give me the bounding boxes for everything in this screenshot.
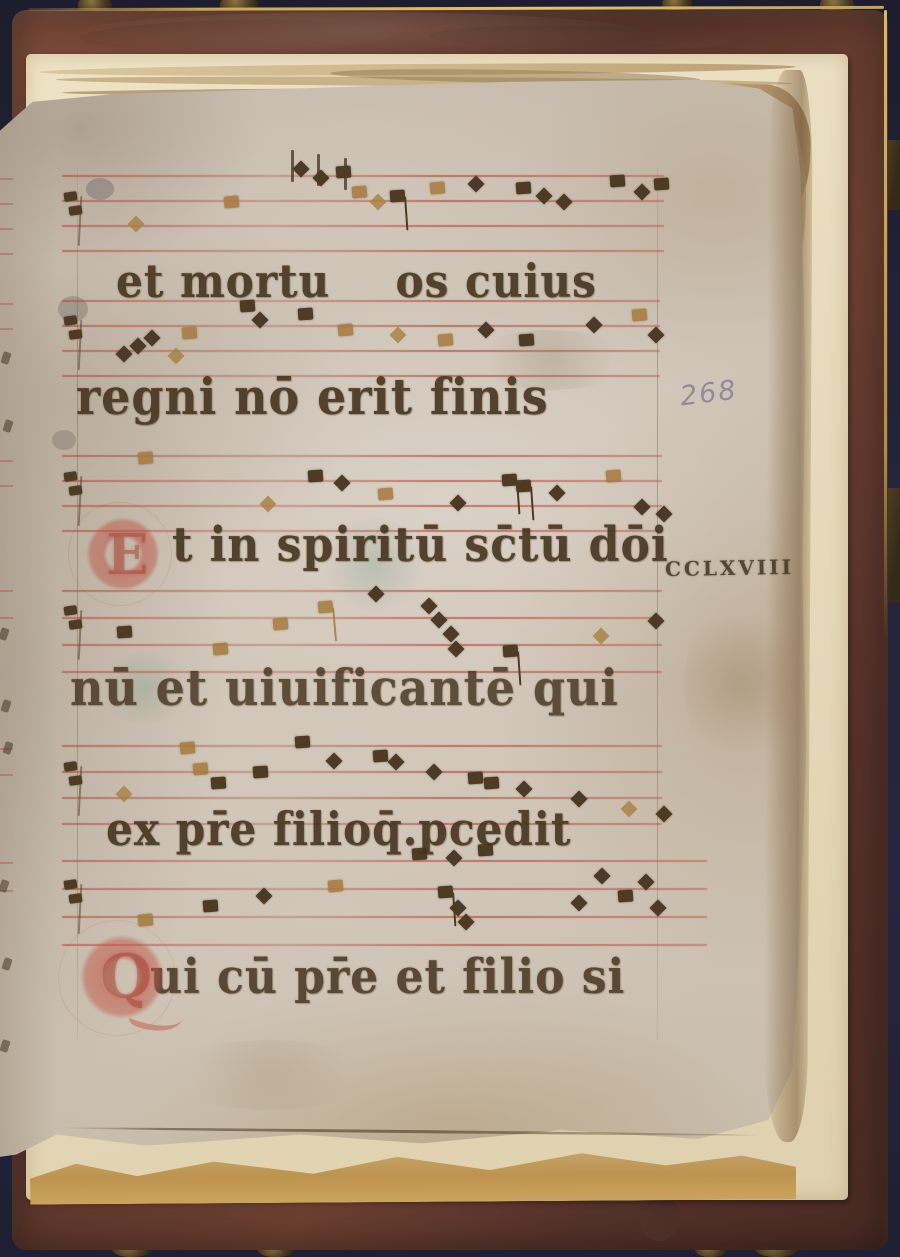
neume-di-icon bbox=[571, 895, 588, 912]
chant-text-line: regni nō erit finis bbox=[76, 372, 549, 422]
clef-stem bbox=[78, 196, 83, 246]
facing-page-staff-fragment bbox=[0, 590, 13, 592]
facing-page-staff-fragment bbox=[0, 460, 13, 462]
neume-sq-icon bbox=[618, 889, 634, 902]
neume-tq-icon bbox=[180, 741, 196, 754]
neume-td-icon bbox=[128, 216, 145, 233]
staff-line bbox=[62, 175, 664, 177]
neume-td-icon bbox=[390, 327, 407, 344]
neume-sq-icon bbox=[253, 765, 269, 778]
staff-line bbox=[62, 505, 662, 507]
neume-sq-icon bbox=[373, 749, 389, 762]
neume-tq-icon bbox=[193, 762, 209, 775]
facing-page-neume-fragment bbox=[2, 419, 13, 433]
facing-page-staff-fragment bbox=[0, 485, 13, 487]
neume-di-icon bbox=[368, 586, 385, 603]
staff-line bbox=[62, 617, 662, 619]
clef-stem bbox=[78, 766, 83, 816]
clef-icon bbox=[64, 316, 84, 372]
facing-page-staff-fragment bbox=[0, 862, 13, 864]
decorated-initial-q: Q bbox=[74, 928, 174, 1038]
neume-di-icon bbox=[144, 330, 161, 347]
neume-di-icon bbox=[426, 764, 443, 781]
staff-line bbox=[62, 200, 664, 202]
neume-sq-icon bbox=[211, 776, 227, 789]
neume-sq-icon bbox=[117, 625, 133, 638]
neume-sq-icon bbox=[519, 333, 535, 346]
staff-line bbox=[62, 888, 707, 890]
music-notation-layer bbox=[0, 0, 900, 1257]
facing-page-neume-fragment bbox=[0, 627, 10, 641]
staff-line bbox=[62, 325, 660, 327]
neume-st-icon bbox=[291, 150, 294, 182]
staff-line bbox=[62, 250, 664, 252]
roman-folio-number: CCLXVIII bbox=[665, 555, 794, 581]
neume-di-icon bbox=[256, 888, 273, 905]
neume-di-icon bbox=[650, 900, 667, 917]
neume-di-icon bbox=[634, 499, 651, 516]
decorated-initial-e: E bbox=[82, 512, 166, 596]
facing-page-neume-fragment bbox=[0, 699, 11, 713]
chant-text-line: nū et uiuificantē qui bbox=[70, 663, 619, 713]
neume-tq-icon bbox=[213, 642, 229, 655]
neume-di-icon bbox=[326, 753, 343, 770]
neume-sq-icon bbox=[298, 307, 314, 320]
neume-sq-icon bbox=[203, 899, 219, 912]
neume-di-icon bbox=[648, 613, 665, 630]
chant-text-line: et mortu os cuius bbox=[116, 258, 597, 304]
initial-letter: Q bbox=[100, 942, 152, 1012]
facing-page-staff-fragment bbox=[0, 178, 13, 180]
facing-page-neume-fragment bbox=[0, 1039, 11, 1053]
neume-tq-icon bbox=[606, 469, 622, 482]
facing-page-staff-fragment bbox=[0, 328, 13, 330]
staff-line bbox=[62, 225, 664, 227]
staff-line bbox=[62, 860, 707, 862]
neume-di-icon bbox=[656, 806, 673, 823]
chant-text-line: t in spiritū sc̄tū dōi bbox=[172, 521, 669, 569]
neume-di-icon bbox=[421, 598, 438, 615]
neume-di-icon bbox=[516, 781, 533, 798]
staff-line bbox=[62, 480, 662, 482]
neume-sq-icon bbox=[610, 174, 626, 187]
neume-di-icon bbox=[450, 495, 467, 512]
neume-di-icon bbox=[431, 612, 448, 629]
neume-vg-icon bbox=[503, 644, 519, 657]
neume-di-icon bbox=[116, 346, 133, 363]
neume-sq-icon bbox=[336, 165, 352, 178]
neume-tq-icon bbox=[632, 308, 648, 321]
neume-di-icon bbox=[586, 317, 603, 334]
neume-di-icon bbox=[634, 184, 651, 201]
neume-tq-icon bbox=[224, 195, 240, 208]
staff-line bbox=[62, 771, 662, 773]
clef-stem bbox=[78, 610, 83, 660]
neume-tvg-icon bbox=[318, 600, 334, 613]
facing-page-staff-fragment bbox=[0, 253, 13, 255]
neume-di-icon bbox=[594, 868, 611, 885]
chant-text-line: ex pr̄e filioq̄.pcedit bbox=[106, 806, 571, 852]
neume-vg-icon bbox=[438, 885, 454, 898]
neume-tq-icon bbox=[182, 326, 198, 339]
neume-sq-icon bbox=[468, 771, 484, 784]
neume-vg-icon bbox=[390, 189, 406, 202]
staff-line bbox=[62, 350, 660, 352]
neume-td-icon bbox=[116, 786, 133, 803]
neume-di-icon bbox=[571, 791, 588, 808]
facing-page-neume-fragment bbox=[2, 741, 13, 755]
neume-tq-icon bbox=[273, 617, 289, 630]
neume-td-icon bbox=[370, 194, 387, 211]
clef-icon bbox=[64, 762, 84, 818]
neume-td-icon bbox=[593, 628, 610, 645]
neume-sq-icon bbox=[516, 181, 532, 194]
neume-tq-icon bbox=[352, 185, 368, 198]
neume-di-icon bbox=[549, 485, 566, 502]
facing-page-staff-fragment bbox=[0, 203, 13, 205]
facing-page-neume-fragment bbox=[0, 351, 11, 365]
initial-letter: E bbox=[106, 522, 149, 588]
facing-page-staff-fragment bbox=[0, 617, 13, 619]
neume-tq-icon bbox=[338, 323, 354, 336]
chant-text-line: ui cū pr̄e et filio si bbox=[150, 953, 625, 1001]
clef-icon bbox=[64, 606, 84, 662]
neume-di-icon bbox=[556, 194, 573, 211]
neume-di-icon bbox=[443, 626, 460, 643]
facing-page-staff-fragment bbox=[0, 774, 13, 776]
neume-sq-icon bbox=[308, 469, 324, 482]
clef-stem bbox=[78, 320, 83, 370]
clef-icon bbox=[64, 192, 84, 248]
facing-page-staff-fragment bbox=[0, 228, 13, 230]
neume-tq-icon bbox=[378, 487, 394, 500]
neume-tq-icon bbox=[430, 181, 446, 194]
neume-tq-icon bbox=[138, 451, 154, 464]
neume-di-icon bbox=[468, 176, 485, 193]
neume-tq-icon bbox=[328, 879, 344, 892]
neume-td-icon bbox=[621, 801, 638, 818]
staff-line bbox=[62, 745, 662, 747]
neume-di-icon bbox=[648, 327, 665, 344]
neume-di-icon bbox=[334, 475, 351, 492]
manuscript-photo: et mortu os cuius regni nō erit finis t … bbox=[0, 0, 900, 1257]
neume-di-icon bbox=[313, 170, 330, 187]
neume-di-icon bbox=[388, 754, 405, 771]
facing-page-neume-fragment bbox=[1, 957, 12, 971]
neume-td-icon bbox=[260, 496, 277, 513]
facing-page-staff-fragment bbox=[0, 303, 13, 305]
neume-tq-icon bbox=[438, 333, 454, 346]
neume-sq-icon bbox=[484, 776, 500, 789]
clef-stem bbox=[78, 884, 83, 934]
neume-vg-icon bbox=[516, 479, 532, 492]
neume-sq-icon bbox=[654, 177, 670, 190]
staff-line bbox=[62, 644, 662, 646]
neume-sq-icon bbox=[295, 735, 311, 748]
staff-line bbox=[62, 916, 707, 918]
